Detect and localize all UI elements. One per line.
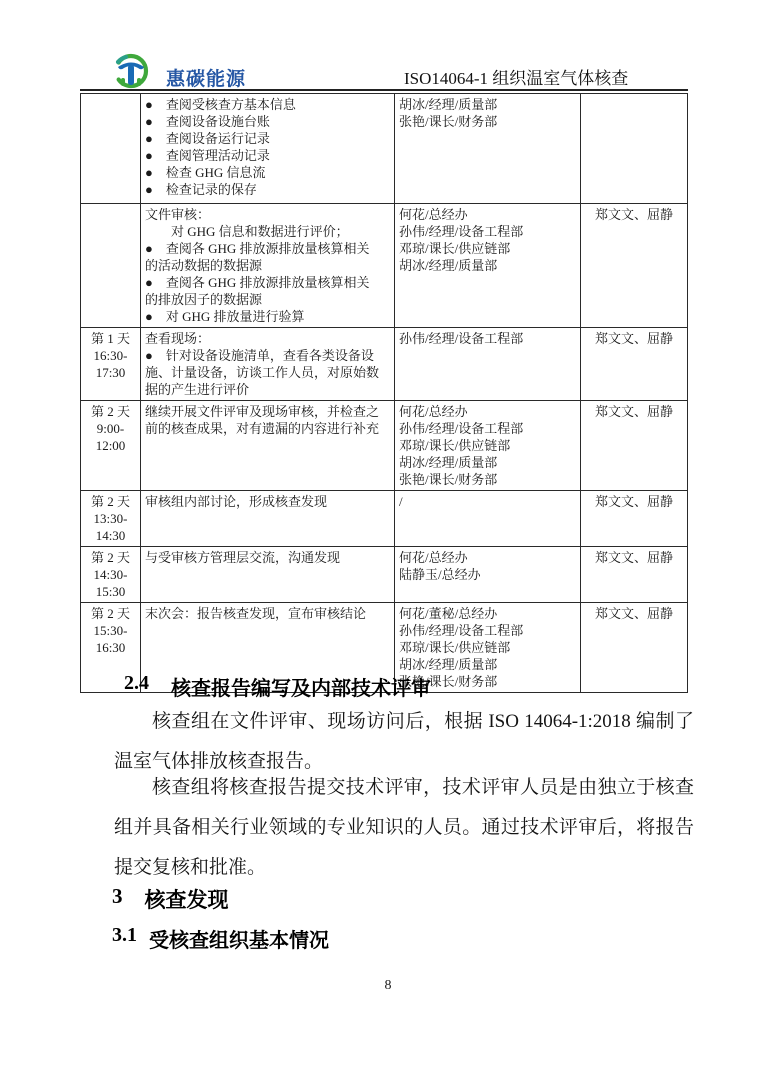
section-heading-2-4: 2.4 核查报告编写及内部技术评审 [124, 672, 431, 701]
heading-title: 受核查组织基本情况 [149, 924, 329, 953]
section-heading-3-1: 3.1 受核查组织基本情况 [112, 924, 329, 953]
auditor-cell [581, 94, 688, 204]
activity-cell: 查看现场： ● 针对设备设施清单，查看各类设备设 施、计量设备，访谈工作人员，对… [141, 328, 395, 401]
header-rule [80, 89, 688, 91]
personnel-cell: 何花/总经办 孙伟/经理/设备工程部 邓琼/课长/供应链部 胡冰/经理/质量部 … [395, 401, 581, 491]
personnel-cell: / [395, 491, 581, 547]
heading-number: 3.1 [112, 924, 137, 953]
table-row: 第 2 天 9:00- 12:00 继续开展文件评审及现场审核，并检查之 前的核… [81, 401, 688, 491]
page-header: 惠碳能源 ISO14064-1 组织温室气体核查 [0, 0, 763, 95]
audit-schedule-table: ● 查阅受核查方基本信息 ● 查阅设备设施台账 ● 查阅设备运行记录 ● 查阅管… [80, 93, 688, 693]
brand-name: 惠碳能源 [166, 64, 246, 91]
heading-number: 2.4 [124, 672, 149, 701]
company-logo-icon [108, 52, 154, 92]
time-cell [81, 94, 141, 204]
auditor-cell: 郑文文、屈静 [581, 491, 688, 547]
personnel-cell: 何花/总经办 孙伟/经理/设备工程部 邓琼/课长/供应链部 胡冰/经理/质量部 [395, 204, 581, 328]
table-row: 第 1 天 16:30- 17:30 查看现场： ● 针对设备设施清单，查看各类… [81, 328, 688, 401]
paragraph: 核查组将核查报告提交技术评审，技术评审人员是由独立于核查组并具备相关行业领域的专… [114, 768, 694, 888]
personnel-cell: 孙伟/经理/设备工程部 [395, 328, 581, 401]
auditor-cell: 郑文文、屈静 [581, 328, 688, 401]
document-page: 惠碳能源 ISO14064-1 组织温室气体核查 ● 查阅受核查方基本信息 ● … [0, 0, 763, 1080]
personnel-cell: 胡冰/经理/质量部 张艳/课长/财务部 [395, 94, 581, 204]
table-row: 第 2 天 13:30- 14:30 审核组内部讨论，形成核查发现 / 郑文文、… [81, 491, 688, 547]
auditor-cell: 郑文文、屈静 [581, 547, 688, 603]
time-cell: 第 2 天 14:30- 15:30 [81, 547, 141, 603]
time-cell: 第 2 天 9:00- 12:00 [81, 401, 141, 491]
personnel-cell: 何花/总经办 陆静玉/总经办 [395, 547, 581, 603]
heading-title: 核查发现 [145, 884, 229, 914]
table-row: 第 2 天 14:30- 15:30 与受审核方管理层交流，沟通发现 何花/总经… [81, 547, 688, 603]
activity-cell: ● 查阅受核查方基本信息 ● 查阅设备设施台账 ● 查阅设备运行记录 ● 查阅管… [141, 94, 395, 204]
section-heading-3: 3 核查发现 [112, 884, 229, 914]
heading-title: 核查报告编写及内部技术评审 [171, 672, 431, 701]
activity-cell: 继续开展文件评审及现场审核，并检查之 前的核查成果，对有遗漏的内容进行补充 [141, 401, 395, 491]
document-title: ISO14064-1 组织温室气体核查 [404, 64, 628, 89]
auditor-cell: 郑文文、屈静 [581, 603, 688, 693]
time-cell [81, 204, 141, 328]
table-row: ● 查阅受核查方基本信息 ● 查阅设备设施台账 ● 查阅设备运行记录 ● 查阅管… [81, 94, 688, 204]
page-number: 8 [80, 978, 696, 994]
time-cell: 第 2 天 13:30- 14:30 [81, 491, 141, 547]
activity-cell: 与受审核方管理层交流，沟通发现 [141, 547, 395, 603]
auditor-cell: 郑文文、屈静 [581, 204, 688, 328]
time-cell: 第 1 天 16:30- 17:30 [81, 328, 141, 401]
heading-number: 3 [112, 884, 123, 914]
auditor-cell: 郑文文、屈静 [581, 401, 688, 491]
activity-cell: 审核组内部讨论，形成核查发现 [141, 491, 395, 547]
table-row: 文件审核： 对 GHG 信息和数据进行评价； ● 查阅各 GHG 排放源排放量核… [81, 204, 688, 328]
activity-cell: 文件审核： 对 GHG 信息和数据进行评价； ● 查阅各 GHG 排放源排放量核… [141, 204, 395, 328]
